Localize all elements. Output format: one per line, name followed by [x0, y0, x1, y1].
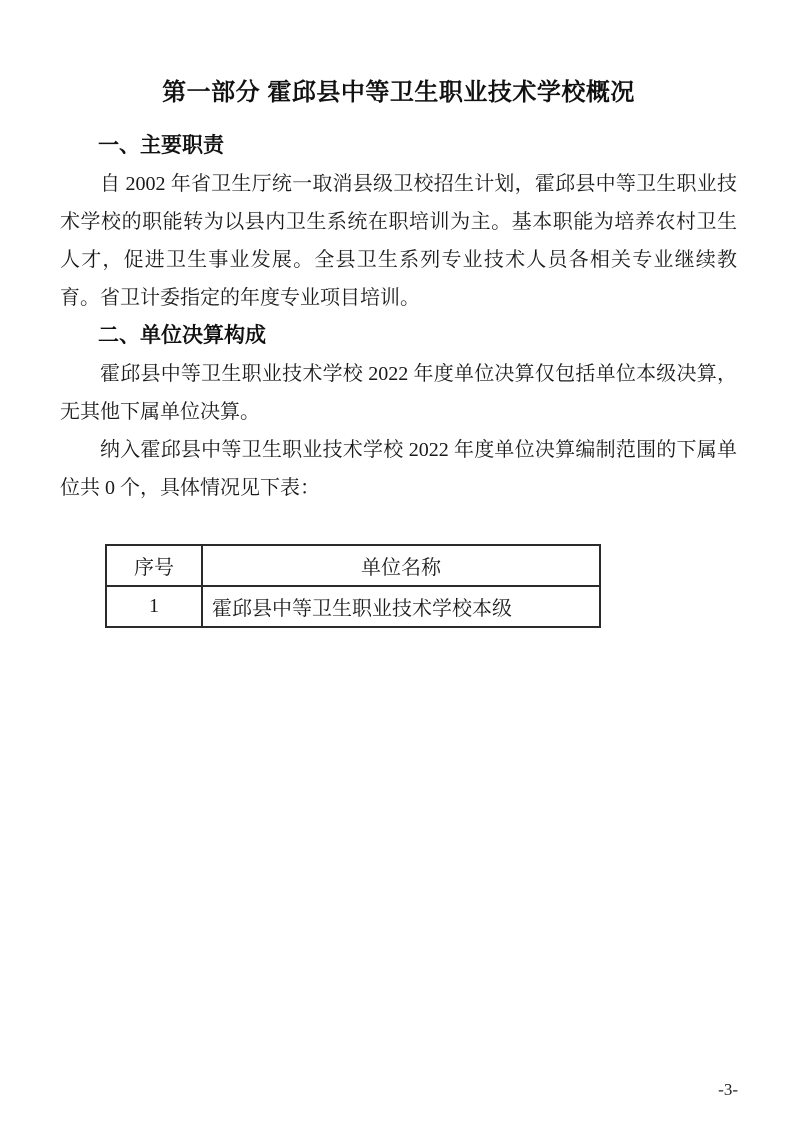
page-title: 第一部分 霍邱县中等卫生职业技术学校概况: [60, 76, 737, 110]
table-header-index: 序号: [106, 545, 202, 586]
section-2-paragraph-1: 霍邱县中等卫生职业技术学校 2022 年度单位决算仅包括单位本级决算，无其他下属…: [60, 355, 737, 431]
document-page: 第一部分 霍邱县中等卫生职业技术学校概况 一、主要职责 自 2002 年省卫生厅…: [0, 0, 793, 1122]
table-cell-index: 1: [106, 586, 202, 627]
document-content: 一、主要职责 自 2002 年省卫生厅统一取消县级卫校招生计划，霍邱县中等卫生职…: [60, 127, 737, 628]
subordinate-units-table: 序号 单位名称 1 霍邱县中等卫生职业技术学校本级: [105, 544, 601, 628]
table-cell-unit-name: 霍邱县中等卫生职业技术学校本级: [202, 586, 600, 627]
table-header-unit-name: 单位名称: [202, 545, 600, 586]
table-header-row: 序号 单位名称: [106, 545, 600, 586]
section-1-paragraph: 自 2002 年省卫生厅统一取消县级卫校招生计划，霍邱县中等卫生职业技术学校的职…: [60, 165, 737, 317]
page-number: -3-: [718, 1080, 738, 1100]
section-1-heading: 一、主要职责: [60, 127, 737, 165]
section-2-heading: 二、单位决算构成: [60, 317, 737, 355]
section-2-paragraph-2: 纳入霍邱县中等卫生职业技术学校 2022 年度单位决算编制范围的下属单位共 0 …: [60, 431, 737, 507]
table-row: 1 霍邱县中等卫生职业技术学校本级: [106, 586, 600, 627]
